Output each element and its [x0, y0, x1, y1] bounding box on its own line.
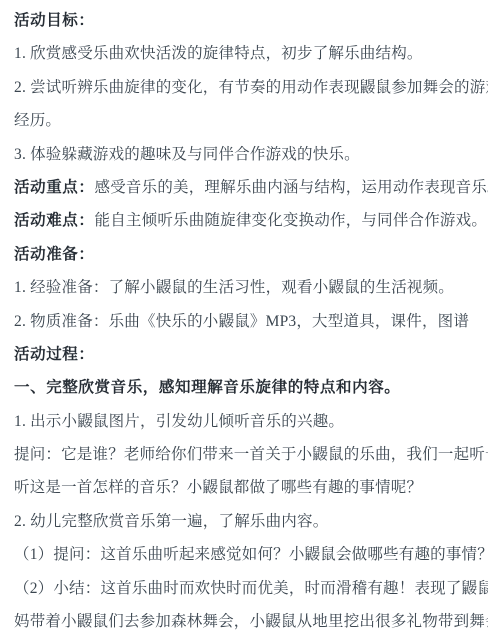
text-line: 2. 物质准备：乐曲《快乐的小鼹鼠》MP3，大型道具，课件，图谱 [14, 305, 488, 338]
text-line: 提问：它是谁？老师给你们带来一首关于小鼹鼠的乐曲，我们一起听一 [14, 438, 488, 471]
text-line: 1. 经验准备：了解小鼹鼠的生活习性，观看小鼹鼠的生活视频。 [14, 271, 488, 304]
text-line-key-point: 活动重点：感受音乐的美，理解乐曲内涵与结构，运用动作表现音乐。 [14, 171, 488, 204]
text-line: 经历。 [14, 104, 488, 137]
text-line-heading: 活动过程： [14, 338, 488, 371]
body-text: 1. 欣赏感受乐曲欢快活泼的旋律特点，初步了解乐曲结构。 [14, 45, 423, 62]
text-line: （1）提问：这首乐曲听起来感觉如何？小鼹鼠会做哪些有趣的事情？ [14, 538, 488, 571]
body-text: （1）提问：这首乐曲听起来感觉如何？小鼹鼠会做哪些有趣的事情？ [14, 546, 488, 563]
body-text: 妈带着小鼹鼠们去参加森林舞会，小鼹鼠从地里挖出很多礼物带到舞会 [14, 613, 488, 630]
body-text: 听这是一首怎样的音乐？小鼹鼠都做了哪些有趣的事情呢？ [14, 479, 422, 496]
heading-text: 一、完整欣赏音乐，感知理解音乐旋律的特点和内容。 [14, 379, 400, 396]
document-page: 活动目标： 1. 欣赏感受乐曲欢快活泼的旋律特点，初步了解乐曲结构。 2. 尝试… [0, 0, 500, 641]
text-line: 2. 尝试听辨乐曲旋律的变化，有节奏的用动作表现鼹鼠参加舞会的游戏 [14, 71, 488, 104]
heading-text: 活动过程： [14, 346, 95, 363]
text-line-heading: 活动准备： [14, 238, 488, 271]
text-line-heading: 活动目标： [14, 4, 488, 37]
body-text: 提问：它是谁？老师给你们带来一首关于小鼹鼠的乐曲，我们一起听一 [14, 446, 488, 463]
body-text: 3. 体验躲藏游戏的趣味及与同伴合作游戏的快乐。 [14, 146, 360, 163]
body-text: 2. 尝试听辨乐曲旋律的变化，有节奏的用动作表现鼹鼠参加舞会的游戏 [14, 79, 488, 96]
text-line: 3. 体验躲藏游戏的趣味及与同伴合作游戏的快乐。 [14, 138, 488, 171]
text-line-section-heading: 一、完整欣赏音乐，感知理解音乐旋律的特点和内容。 [14, 371, 488, 404]
text-line: （2）小结：这首乐曲时而欢快时而优美，时而滑稽有趣！表现了鼹鼠妈 [14, 572, 488, 605]
text-line: 妈带着小鼹鼠们去参加森林舞会，小鼹鼠从地里挖出很多礼物带到舞会 [14, 605, 488, 638]
text-line: 2. 幼儿完整欣赏音乐第一遍，了解乐曲内容。 [14, 505, 488, 538]
body-text: （2）小结：这首乐曲时而欢快时而优美，时而滑稽有趣！表现了鼹鼠妈 [14, 580, 488, 597]
body-text: 2. 幼儿完整欣赏音乐第一遍，了解乐曲内容。 [14, 513, 328, 530]
heading-text: 活动准备： [14, 246, 95, 263]
body-text: 经历。 [14, 112, 61, 129]
heading-text: 活动难点： [14, 212, 95, 229]
body-text: 能自主倾听乐曲随旋律变化变换动作，与同伴合作游戏。 [95, 212, 488, 229]
text-line: 1. 出示小鼹鼠图片，引发幼儿倾听音乐的兴趣。 [14, 405, 488, 438]
body-text: 2. 物质准备：乐曲《快乐的小鼹鼠》MP3，大型道具，课件，图谱 [14, 313, 469, 330]
text-line: 听这是一首怎样的音乐？小鼹鼠都做了哪些有趣的事情呢？ [14, 471, 488, 504]
body-text: 1. 经验准备：了解小鼹鼠的生活习性，观看小鼹鼠的生活视频。 [14, 279, 454, 296]
heading-text: 活动重点： [14, 179, 95, 196]
body-text: 1. 出示小鼹鼠图片，引发幼儿倾听音乐的兴趣。 [14, 413, 344, 430]
body-text: 感受音乐的美，理解乐曲内涵与结构，运用动作表现音乐。 [95, 179, 488, 196]
heading-text: 活动目标： [14, 12, 95, 29]
text-line: 1. 欣赏感受乐曲欢快活泼的旋律特点，初步了解乐曲结构。 [14, 37, 488, 70]
text-line-difficulty: 活动难点：能自主倾听乐曲随旋律变化变换动作，与同伴合作游戏。 [14, 204, 488, 237]
